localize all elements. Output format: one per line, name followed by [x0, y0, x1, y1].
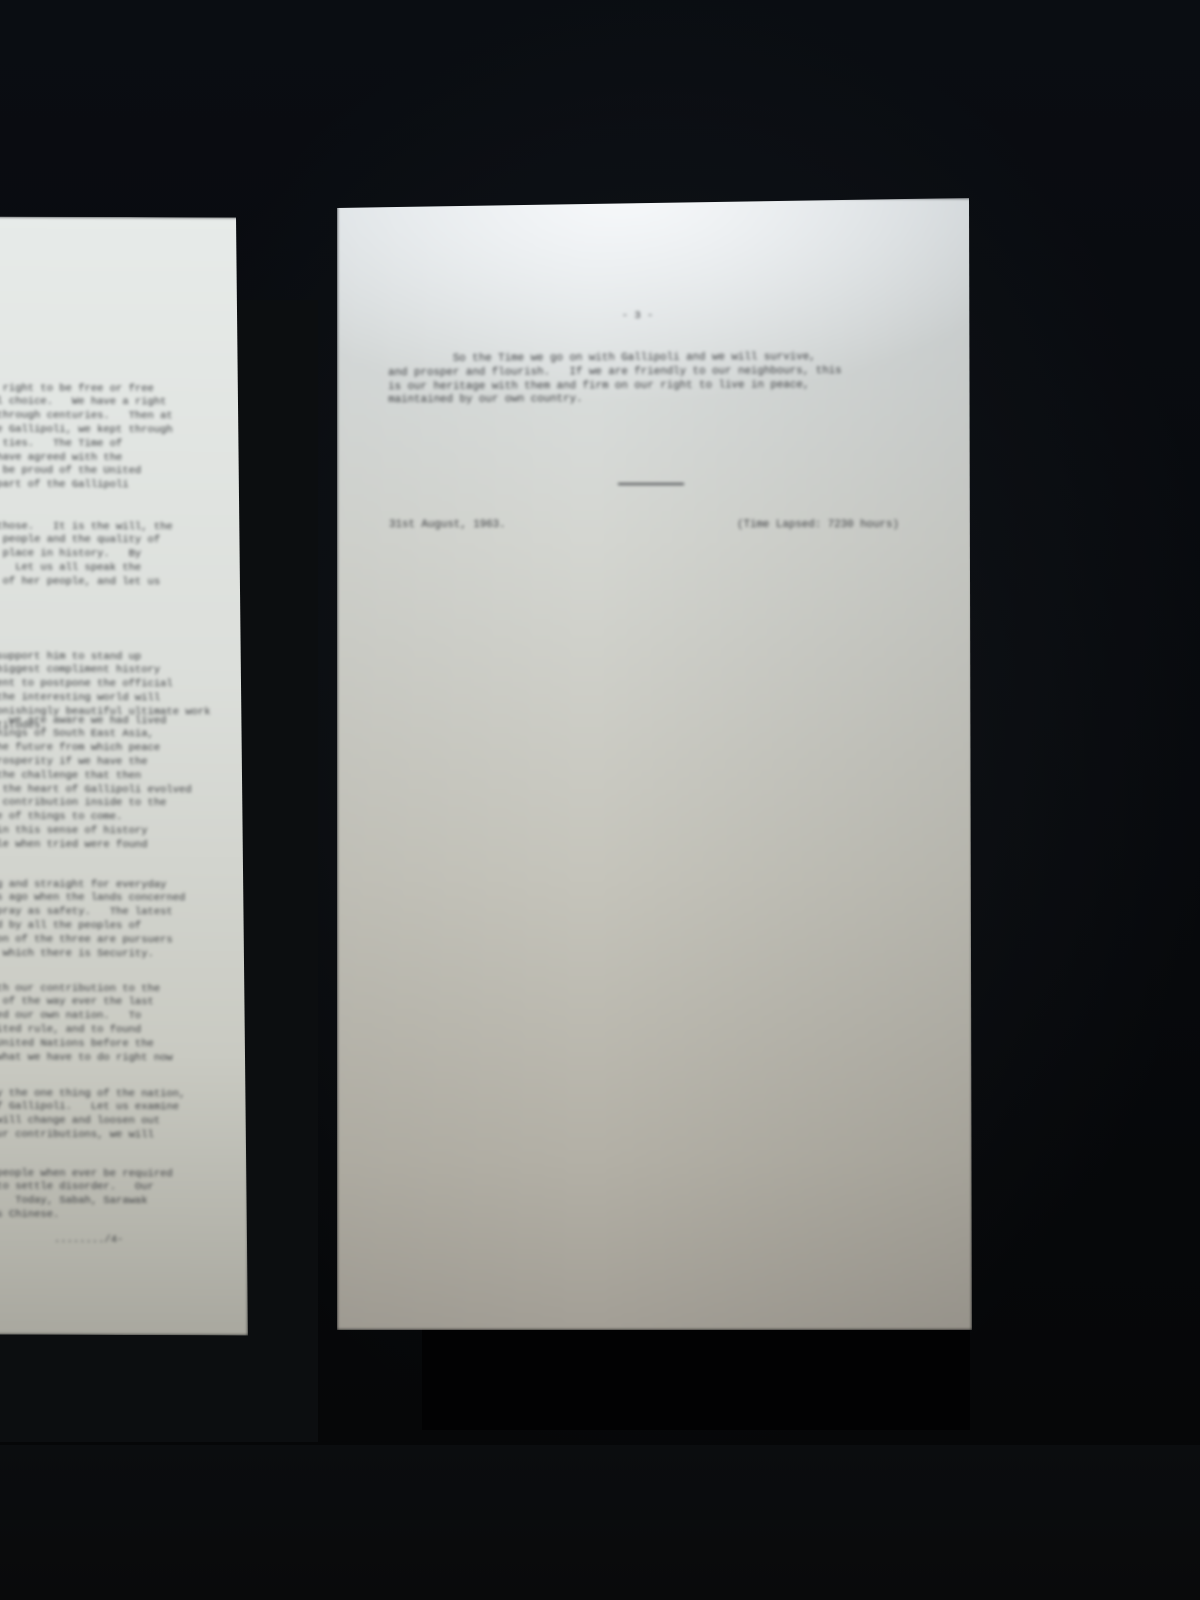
page-number: - 3 -: [337, 310, 955, 324]
left-page-paragraph: ith our contribution to the t of the way…: [0, 982, 173, 1065]
continuation-marker: ......../4-: [54, 1234, 123, 1248]
right-document-page: - 3 - So the Time we go on with Gallipol…: [337, 198, 972, 1330]
time-lapsed-note: (Time Lapsed: 7230 hours): [737, 519, 899, 533]
closing-paragraph: So the Time we go on with Gallipoli and …: [388, 351, 842, 408]
separator-rule: [618, 483, 684, 485]
left-page-paragraph: ng and straight for everyday ks ago when…: [0, 878, 185, 961]
right-page-shadow: [422, 1320, 970, 1430]
left-page-paragraph: ly the one thing of the nation, of Galli…: [0, 1087, 185, 1143]
left-page-body-text: s right to be free or free al choice. We…: [0, 244, 248, 245]
document-date: 31st August, 1963.: [389, 519, 506, 533]
left-document-page: s right to be free or free al choice. We…: [0, 217, 248, 1336]
left-page-paragraph: e, we are aware we had lived things of S…: [0, 714, 192, 853]
floor-area: [0, 1445, 1200, 1600]
dateline: 31st August, 1963. (Time Lapsed: 7230 ho…: [389, 519, 899, 533]
left-page-paragraph: those. It is the will, the e people and …: [0, 520, 173, 590]
left-page-paragraph: s right to be free or free al choice. We…: [0, 382, 173, 493]
left-page-paragraph: people when ever be required to settle d…: [0, 1167, 173, 1223]
